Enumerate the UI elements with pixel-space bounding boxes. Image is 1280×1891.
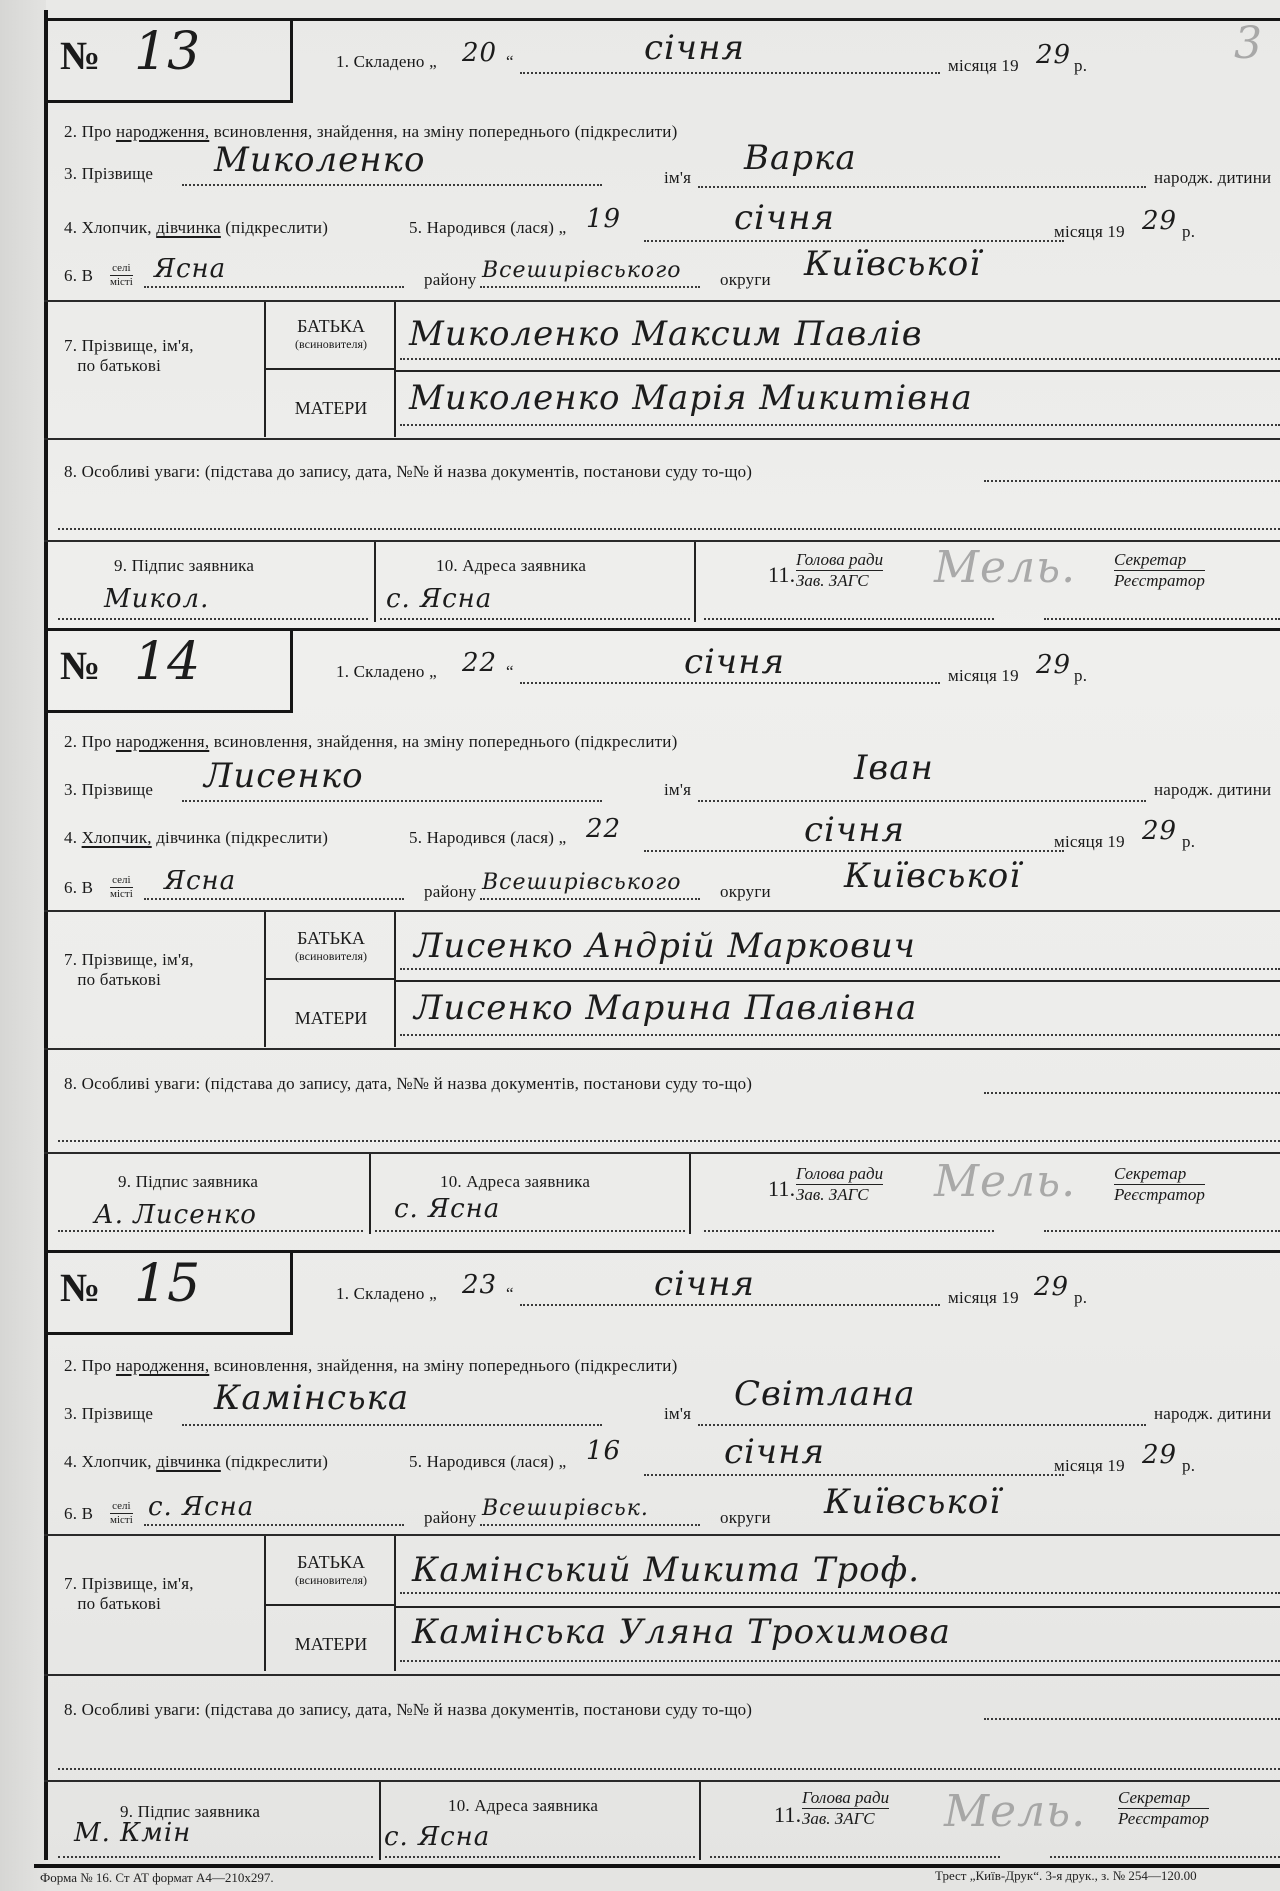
born-year: 29 (1142, 1440, 1177, 1470)
surname-line (182, 184, 602, 186)
official-signature: Мель. (934, 542, 1076, 593)
notes-line (58, 1768, 1280, 1770)
applicant-signature: А. Лисенко (94, 1200, 257, 1230)
surname-label: 3. Прізвище (64, 164, 153, 184)
signature-col-divider (689, 1154, 691, 1234)
father-name: Лисенко Андрій Маркович (414, 926, 916, 966)
official-label-num: 11. (768, 562, 795, 588)
compiled-month: січня (654, 1264, 755, 1304)
surname-label: 3. Прізвище (64, 780, 153, 800)
okrug: Київської (804, 244, 981, 284)
father-label: БАТЬКА(всиновителя) (272, 928, 390, 964)
applicant-address: с. Ясна (386, 584, 492, 614)
signature-line (58, 618, 368, 620)
born-month: січня (804, 810, 905, 850)
record-13: № 13 1. Складено „ 20 “ січня місяця 19 … (44, 18, 1280, 623)
secretary-registrar-label: СекретарРеєстратор (1114, 550, 1205, 591)
record-number-box: № 15 (44, 1250, 293, 1335)
month-year-label: місяця 19 (948, 1288, 1019, 1308)
village-line (144, 286, 404, 288)
sex-girl-underlined: дівчинка (156, 1452, 221, 1471)
father-name: Камінський Микита Троф. (412, 1550, 920, 1590)
year-suffix: р. (1074, 1288, 1087, 1308)
father-label: БАТЬКА(всиновителя) (272, 1552, 390, 1588)
born-month-year-label: місяця 19 (1054, 832, 1125, 852)
compiled-day: 20 (462, 38, 497, 68)
notes-label: 8. Особливі уваги: (підстава до запису, … (64, 1700, 752, 1720)
child-first-name: Варка (744, 138, 857, 178)
applicant-signature-label: 9. Підпис заявника (118, 1172, 258, 1192)
event-birth-underlined: народження, (116, 1356, 209, 1375)
compiled-month: січня (684, 642, 785, 682)
applicant-signature: М. Кмін (74, 1818, 191, 1848)
first-name-line (698, 1424, 1146, 1426)
registrar-signature-line (1044, 618, 1280, 620)
quote-close: “ (506, 52, 514, 72)
child-surname: Камінська (214, 1378, 409, 1418)
born-label: 5. Народився (лася) „ (409, 828, 566, 848)
okrug-label: округи (720, 1508, 771, 1528)
father-line (400, 358, 1280, 360)
parents-row-divider (396, 370, 1280, 372)
row-divider (44, 1534, 1280, 1536)
district-label: району (424, 882, 476, 902)
row-divider (44, 910, 1280, 912)
child-first-name: Світлана (734, 1374, 916, 1414)
parents-row-divider (396, 980, 1280, 982)
born-month: січня (734, 198, 835, 238)
born-label: 5. Народився (лася) „ (409, 218, 566, 238)
parents-row-divider (266, 978, 394, 980)
compiled-month: січня (644, 28, 745, 68)
head-zags-label: Голова радиЗав. ЗАГС (802, 1788, 889, 1829)
compiled-label: 1. Складено „ (336, 662, 437, 682)
event-type-label: 2. Про народження, всиновлення, знайденн… (64, 732, 677, 752)
applicant-signature-label: 9. Підпис заявника (114, 556, 254, 576)
signature-col-divider (699, 1782, 701, 1860)
signature-col-divider (379, 1782, 381, 1860)
compiled-label: 1. Складено „ (336, 1284, 437, 1304)
head-zags-label: Голова радиЗав. ЗАГС (796, 550, 883, 591)
first-name-label: ім'я (664, 1404, 691, 1424)
signature-line (58, 1856, 373, 1858)
place-label: 6. В (64, 266, 93, 286)
village-line (144, 898, 404, 900)
mother-line (400, 1660, 1280, 1662)
registrar-signature-line (1050, 1856, 1280, 1858)
compiled-label: 1. Складено „ (336, 52, 437, 72)
parents-label: 7. Прізвище, ім'я, по батькові (64, 1574, 194, 1614)
mother-line (400, 424, 1280, 426)
born-month-line (644, 240, 1064, 242)
child-label: народж. дитини (1154, 780, 1271, 800)
address-line (375, 1230, 685, 1232)
mother-label: МАТЕРИ (272, 1634, 390, 1655)
village: с. Ясна (148, 1492, 254, 1522)
official-signature: Мель. (944, 1786, 1086, 1837)
father-label: БАТЬКА(всиновителя) (272, 316, 390, 352)
compiled-year: 29 (1034, 1272, 1069, 1302)
row-divider (44, 1152, 1280, 1154)
sex-label: 4. Хлопчик, дівчинка (підкреслити) (64, 218, 328, 238)
born-year-suffix: р. (1182, 832, 1195, 852)
notes-line (984, 1092, 1280, 1094)
document-page: № 13 1. Складено „ 20 “ січня місяця 19 … (0, 0, 1280, 1891)
parents-label: 7. Прізвище, ім'я, по батькові (64, 336, 194, 376)
row-divider (44, 438, 1280, 440)
born-month-line (644, 1474, 1064, 1476)
applicant-address: с. Ясна (394, 1194, 500, 1224)
row-divider (44, 1780, 1280, 1782)
district-label: району (424, 270, 476, 290)
born-day: 22 (586, 814, 621, 844)
village-line (144, 1524, 404, 1526)
scan-left-margin (0, 0, 46, 1891)
event-type-label: 2. Про народження, всиновлення, знайденн… (64, 1356, 677, 1376)
born-label: 5. Народився (лася) „ (409, 1452, 566, 1472)
born-day: 16 (586, 1436, 621, 1466)
head-signature-line (704, 618, 994, 620)
parents-row-divider (266, 368, 394, 370)
quote-close: “ (506, 1284, 514, 1304)
signature-line (58, 1230, 363, 1232)
born-year-suffix: р. (1182, 222, 1195, 242)
okrug: Київської (844, 856, 1021, 896)
event-birth-underlined: народження, (116, 122, 209, 141)
district-line (480, 1524, 700, 1526)
secretary-registrar-label: СекретарРеєстратор (1114, 1164, 1205, 1205)
month-year-label: місяця 19 (948, 56, 1019, 76)
father-line (400, 1592, 1280, 1594)
first-name-label: ім'я (664, 168, 691, 188)
district-label: району (424, 1508, 476, 1528)
parents-label: 7. Прізвище, ім'я, по батькові (64, 950, 194, 990)
born-month-year-label: місяця 19 (1054, 222, 1125, 242)
compiled-day: 22 (462, 648, 497, 678)
child-label: народж. дитини (1154, 1404, 1271, 1424)
compiled-month-line (520, 1304, 940, 1306)
district: Всеширівського (482, 870, 682, 895)
mother-name: Лисенко Марина Павлівна (414, 988, 917, 1028)
event-birth-underlined: народження, (116, 732, 209, 751)
head-signature-line (704, 1230, 994, 1232)
mother-name: Миколенко Марія Микитівна (409, 378, 973, 418)
surname-line (182, 800, 602, 802)
village-city-fraction: селімісті (110, 262, 133, 289)
record-number: 14 (134, 632, 200, 692)
printer-footer: Трест „Київ-Друк“. 3-я друк., з. № 254—1… (935, 1868, 1197, 1884)
number-sign: № (60, 32, 100, 79)
notes-label: 8. Особливі уваги: (підстава до запису, … (64, 462, 752, 482)
born-month-year-label: місяця 19 (1054, 1456, 1125, 1476)
record-number: 13 (134, 22, 200, 82)
signature-col-divider (369, 1154, 371, 1234)
event-type-label: 2. Про народження, всиновлення, знайденн… (64, 122, 677, 142)
registrar-signature-line (1044, 1230, 1280, 1232)
surname-line (182, 1424, 602, 1426)
secretary-registrar-label: СекретарРеєстратор (1118, 1788, 1209, 1829)
year-suffix: р. (1074, 666, 1087, 686)
place-label: 6. В (64, 1504, 93, 1524)
month-year-label: місяця 19 (948, 666, 1019, 686)
record-number-box: № 13 (44, 18, 293, 103)
row-divider (44, 1048, 1280, 1050)
parents-col-divider (394, 1536, 396, 1671)
sex-boy-underlined: Хлопчик, (82, 828, 152, 847)
child-surname: Лисенко (204, 756, 364, 796)
applicant-address: с. Ясна (384, 1822, 490, 1852)
district: Всеширівського (482, 258, 682, 283)
notes-line (58, 1140, 1280, 1142)
first-name-line (698, 800, 1146, 802)
row-divider (44, 540, 1280, 542)
born-day: 19 (586, 204, 621, 234)
record-number: 15 (134, 1254, 200, 1314)
born-month-line (644, 850, 1064, 852)
notes-line (984, 480, 1280, 482)
okrug: Київської (824, 1482, 1001, 1522)
parents-row-divider (266, 1604, 394, 1606)
okrug-label: округи (720, 882, 771, 902)
record-number-box: № 14 (44, 628, 293, 713)
number-sign: № (60, 1264, 100, 1311)
compiled-month-line (520, 682, 940, 684)
father-line (400, 968, 1280, 970)
parents-row-divider (396, 1606, 1280, 1608)
compiled-year: 29 (1036, 40, 1071, 70)
village: Ясна (154, 254, 226, 284)
notes-label: 8. Особливі уваги: (підстава до запису, … (64, 1074, 752, 1094)
compiled-year: 29 (1036, 650, 1071, 680)
margin-pencil-marks: 3 7 10 (1234, 18, 1280, 69)
notes-line (984, 1718, 1280, 1720)
row-divider (44, 300, 1280, 302)
mother-name: Камінська Уляна Трохимова (412, 1612, 951, 1652)
first-name-line (698, 186, 1146, 188)
district-line (480, 898, 700, 900)
mother-label: МАТЕРИ (272, 398, 390, 419)
record-15: № 15 1. Складено „ 23 “ січня місяця 19 … (44, 1250, 1280, 1862)
official-label-num: 11. (774, 1802, 801, 1828)
district: Всеширівськ. (482, 1496, 649, 1521)
born-year: 29 (1142, 206, 1177, 236)
applicant-address-label: 10. Адреса заявника (436, 556, 586, 576)
year-suffix: р. (1074, 56, 1087, 76)
surname-label: 3. Прізвище (64, 1404, 153, 1424)
mother-line (400, 1034, 1280, 1036)
head-signature-line (710, 1856, 1000, 1858)
village-city-fraction: селімісті (110, 874, 133, 901)
first-name-label: ім'я (664, 780, 691, 800)
born-year: 29 (1142, 816, 1177, 846)
official-label-num: 11. (768, 1176, 795, 1202)
applicant-address-label: 10. Адреса заявника (440, 1172, 590, 1192)
signature-col-divider (374, 542, 376, 622)
child-surname: Миколенко (214, 140, 425, 180)
village-city-fraction: селімісті (110, 1500, 133, 1527)
born-month: січня (724, 1432, 825, 1472)
form-number-footer: Форма № 16. Ст АТ формат А4—210х297. (40, 1870, 274, 1886)
compiled-month-line (520, 72, 940, 74)
quote-close: “ (506, 662, 514, 682)
notes-line (58, 528, 1280, 530)
sex-girl-underlined: дівчинка (156, 218, 221, 237)
child-label: народж. дитини (1154, 168, 1271, 188)
sex-label: 4. Хлопчик, дівчинка (підкреслити) (64, 828, 328, 848)
number-sign: № (60, 642, 100, 689)
sex-label: 4. Хлопчик, дівчинка (підкреслити) (64, 1452, 328, 1472)
born-year-suffix: р. (1182, 1456, 1195, 1476)
address-line (385, 1856, 695, 1858)
official-signature: Мель. (934, 1156, 1076, 1207)
mother-label: МАТЕРИ (272, 1008, 390, 1029)
compiled-day: 23 (462, 1270, 497, 1300)
place-label: 6. В (64, 878, 93, 898)
child-first-name: Іван (854, 748, 934, 788)
record-14: № 14 1. Складено „ 22 “ січня місяця 19 … (44, 628, 1280, 1236)
okrug-label: округи (720, 270, 771, 290)
row-divider (44, 1674, 1280, 1676)
signature-col-divider (694, 542, 696, 622)
applicant-signature: Микол. (104, 584, 209, 614)
father-name: Миколенко Максим Павлів (409, 314, 923, 354)
district-line (480, 286, 700, 288)
head-zags-label: Голова радиЗав. ЗАГС (796, 1164, 883, 1205)
applicant-address-label: 10. Адреса заявника (448, 1796, 598, 1816)
address-line (380, 618, 690, 620)
village: Ясна (164, 866, 236, 896)
